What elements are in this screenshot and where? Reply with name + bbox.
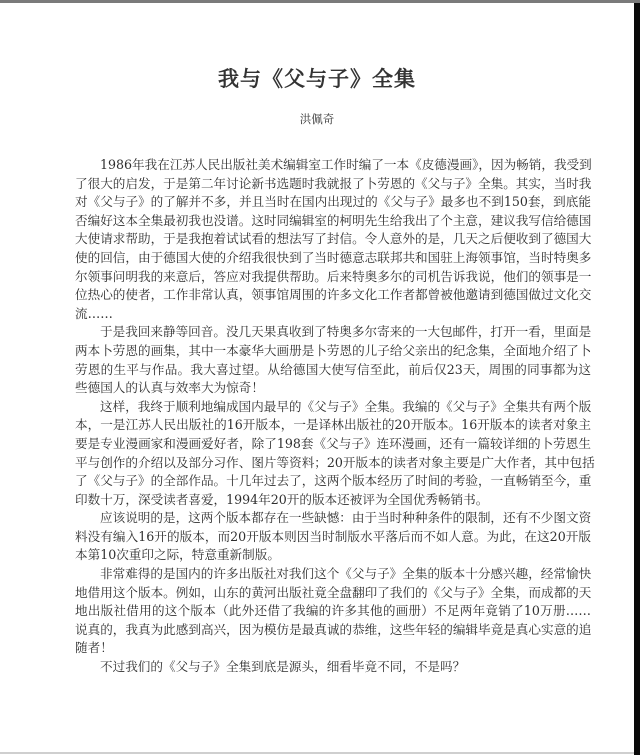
- text-line: 1986年我在江苏人民出版社美术编辑室工作时编了一本《皮德漫画》，因为畅销，我受…: [75, 156, 591, 175]
- text-line: 否编好这本全集最初我也没谱。这时同编辑室的柯明先生给我出了个主意，建议我写信给德…: [75, 212, 591, 231]
- text-line: 尔领事问明我的来意后，答应对我提供帮助。后来特奥多尔的司机告诉我说，他们的领事是…: [75, 268, 591, 287]
- text-line: 了《父与子》的全部作品。十几年过去了，这两个版本经历了时间的考验，一直畅销至今，…: [75, 472, 591, 491]
- text-line: 随者！: [75, 639, 591, 658]
- text-line: 本，一是江苏人民出版社的16开版本，一是译林出版社的20开版本。16开版本的读者…: [75, 416, 591, 435]
- text-line: 地出版社借用的这个版本（此外还借了我编的许多其他的画册）不足两年竟销了10万册……: [75, 602, 591, 621]
- scan-top-border: [0, 0, 640, 3]
- article-body: 1986年我在江苏人民出版社美术编辑室工作时编了一本《皮德漫画》，因为畅销，我受…: [75, 156, 591, 677]
- text-line: 流……: [75, 305, 591, 324]
- text-line: 两本卜劳恩的画集，其中一本豪华大画册是卜劳恩的儿子给父亲出的纪念集，全面地介绍了…: [75, 342, 591, 361]
- text-line: 这样，我终于顺利地编成国内最早的《父与子》全集。我编的《父与子》全集共有两个版: [75, 398, 591, 417]
- scan-right-edge: [634, 3, 640, 755]
- text-line: 大使请求帮助，于是我抱着试试看的想法写了封信。令人意外的是，几天之后便收到了德国…: [75, 230, 591, 249]
- text-line: 平与创作的介绍以及部分习作、图片等资料；20开版本的读者对象主要是广大作者，其中…: [75, 454, 591, 473]
- paragraph-1: 1986年我在江苏人民出版社美术编辑室工作时编了一本《皮德漫画》，因为畅销，我受…: [75, 156, 591, 323]
- paragraph-3: 这样，我终于顺利地编成国内最早的《父与子》全集。我编的《父与子》全集共有两个版 …: [75, 398, 591, 510]
- text-line: 对《父与子》的了解并不多，并且当时在国内出现过的《父与子》最多也不到150套，到…: [75, 193, 591, 212]
- paragraph-4: 应该说明的是，这两个版本都存在一些缺憾：由于当时种种条件的限制，还有不少图文资 …: [75, 509, 591, 565]
- text-line: 要是专业漫画家和漫画爱好者，除了198套《父与子》连环漫画，还有一篇较详细的卜劳…: [75, 435, 591, 454]
- paragraph-2: 于是我回来静等回音。没几天果真收到了特奥多尔寄来的一大包邮件，打开一看，里面是 …: [75, 323, 591, 397]
- text-line: 本第10次重印之际，特意重新制版。: [75, 546, 591, 565]
- text-line: 使的回信，由于德国大使的介绍我很快到了当时德意志联邦共和国驻上海领事馆，当时特奥…: [75, 249, 591, 268]
- text-line: 说真的，我真为此感到高兴，因为模仿是最真诚的恭维，这些年轻的编辑毕竟是真心实意的…: [75, 621, 591, 640]
- text-line: 应该说明的是，这两个版本都存在一些缺憾：由于当时种种条件的限制，还有不少图文资: [75, 509, 591, 528]
- author-name: 洪佩奇: [0, 111, 634, 127]
- text-line: 些德国人的认真与效率大为惊奇！: [75, 379, 591, 398]
- text-line: 位热心的使者，工作非常认真，领事馆周围的许多文化工作者都曾被他邀请到德国做过文化…: [75, 286, 591, 305]
- text-line: 了很大的启发，于是第二年讨论新书选题时我就报了卜劳恩的《父与子》全集。其实，当时…: [75, 175, 591, 194]
- page-title: 我与《父与子》全集: [0, 63, 634, 93]
- scanned-page: 我与《父与子》全集 洪佩奇 1986年我在江苏人民出版社美术编辑室工作时编了一本…: [0, 3, 634, 752]
- text-line: 地借用这个版本。例如，山东的黄河出版社竟全盘翻印了我们的《父与子》全集，而成都的…: [75, 584, 591, 603]
- text-line: 料没有编入16开的版本，而20开版本则因当时制版水平落后而不如人意。为此，在这2…: [75, 528, 591, 547]
- scan-bottom-line: [0, 752, 634, 754]
- text-line: 不过我们的《父与子》全集到底是源头，细看毕竟不同，不是吗？: [75, 658, 591, 677]
- text-line: 印数十万，深受读者喜爱，1994年20开的版本还被评为全国优秀畅销书。: [75, 491, 591, 510]
- paragraph-6: 不过我们的《父与子》全集到底是源头，细看毕竟不同，不是吗？: [75, 658, 591, 677]
- text-line: 于是我回来静等回音。没几天果真收到了特奥多尔寄来的一大包邮件，打开一看，里面是: [75, 323, 591, 342]
- text-line: 劳恩的生平与作品。我大喜过望。从给德国大使写信至此，前后仅23天，周围的同事都为…: [75, 361, 591, 380]
- paragraph-5: 非常难得的是国内的许多出版社对我们这个《父与子》全集的版本十分感兴趣，经常愉快 …: [75, 565, 591, 658]
- text-line: 非常难得的是国内的许多出版社对我们这个《父与子》全集的版本十分感兴趣，经常愉快: [75, 565, 591, 584]
